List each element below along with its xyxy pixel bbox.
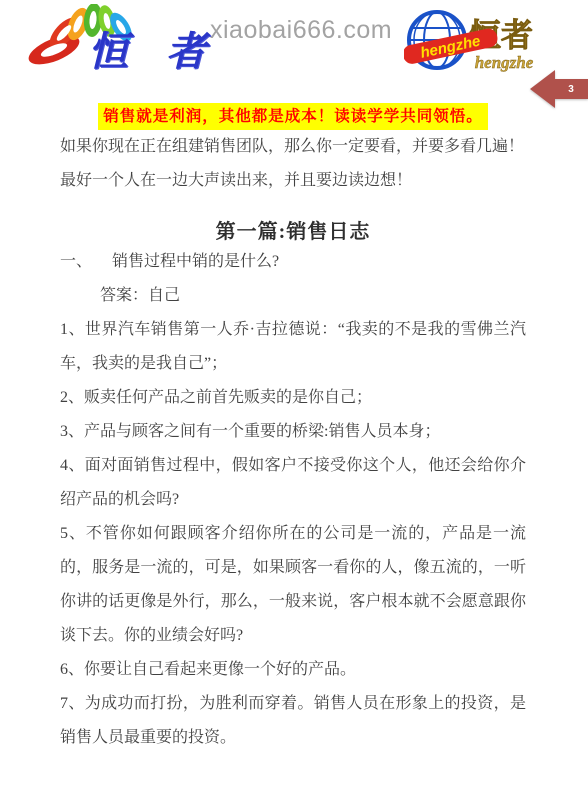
document-page: 恒 者 xiaobai666.com 恒者 hengzhe hengzhe	[0, 0, 588, 796]
hengzhe-left-logo: 恒 者	[26, 4, 211, 72]
list-item-2: 2、贩卖任何产品之前首先贩卖的是你自己；	[60, 381, 526, 415]
list-item-6: 6、你要让自己看起来更像一个好的产品。	[60, 653, 526, 687]
document-body: 销售就是利润，其他都是成本！读读学学共同领悟。 如果你现在正在组建销售团队，那么…	[0, 100, 588, 755]
question-text: 销售过程中销的是什么?	[112, 253, 279, 270]
highlight-banner-row: 销售就是利润，其他都是成本！读读学学共同领悟。	[60, 103, 526, 130]
highlight-banner: 销售就是利润，其他都是成本！读读学学共同领悟。	[98, 103, 488, 130]
intro-line-1: 如果你现在正在组建销售团队，那么你一定要看，并要多看几遍！	[60, 130, 526, 164]
list-item-4: 4、面对面销售过程中，假如客户不接受你这个人，他还会给你介绍产品的机会吗?	[60, 449, 526, 517]
right-logo-subtitle: hengzhe	[475, 53, 534, 72]
question-number: 一、	[60, 253, 92, 270]
left-logo-wordmark: 恒 者	[88, 20, 220, 77]
answer-line: 答案：自己	[60, 279, 526, 313]
intro-line-2: 最好一个人在一边大声读出来，并且要边读边想！	[60, 164, 526, 198]
hengzhe-right-logo: 恒者 hengzhe hengzhe	[404, 6, 552, 76]
question-line: 一、销售过程中销的是什么?	[60, 245, 526, 279]
page-header: 恒 者 xiaobai666.com 恒者 hengzhe hengzhe	[0, 0, 588, 100]
arrow-bar: 3	[554, 79, 588, 99]
list-item-3: 3、产品与顾客之间有一个重要的桥梁:销售人员本身；	[60, 415, 526, 449]
list-item-7: 7、为成功而打扮，为胜利而穿着。销售人员在形象上的投资，是销售人员最重要的投资。	[60, 687, 526, 755]
list-item-1: 1、世界汽车销售第一人乔·吉拉德说：“我卖的不是我的雪佛兰汽车，我卖的是我自己”…	[60, 313, 526, 381]
globe-ribbon-logo-icon: 恒者 hengzhe hengzhe	[404, 6, 552, 76]
site-domain-watermark: xiaobai666.com	[210, 16, 380, 45]
page-marker-number: 3	[568, 84, 574, 95]
list-item-5: 5、不管你如何跟顾客介绍你所在的公司是一流的，产品是一流的，服务是一流的，可是，…	[60, 517, 526, 653]
section-title: 第一篇:销售日志	[60, 219, 526, 245]
